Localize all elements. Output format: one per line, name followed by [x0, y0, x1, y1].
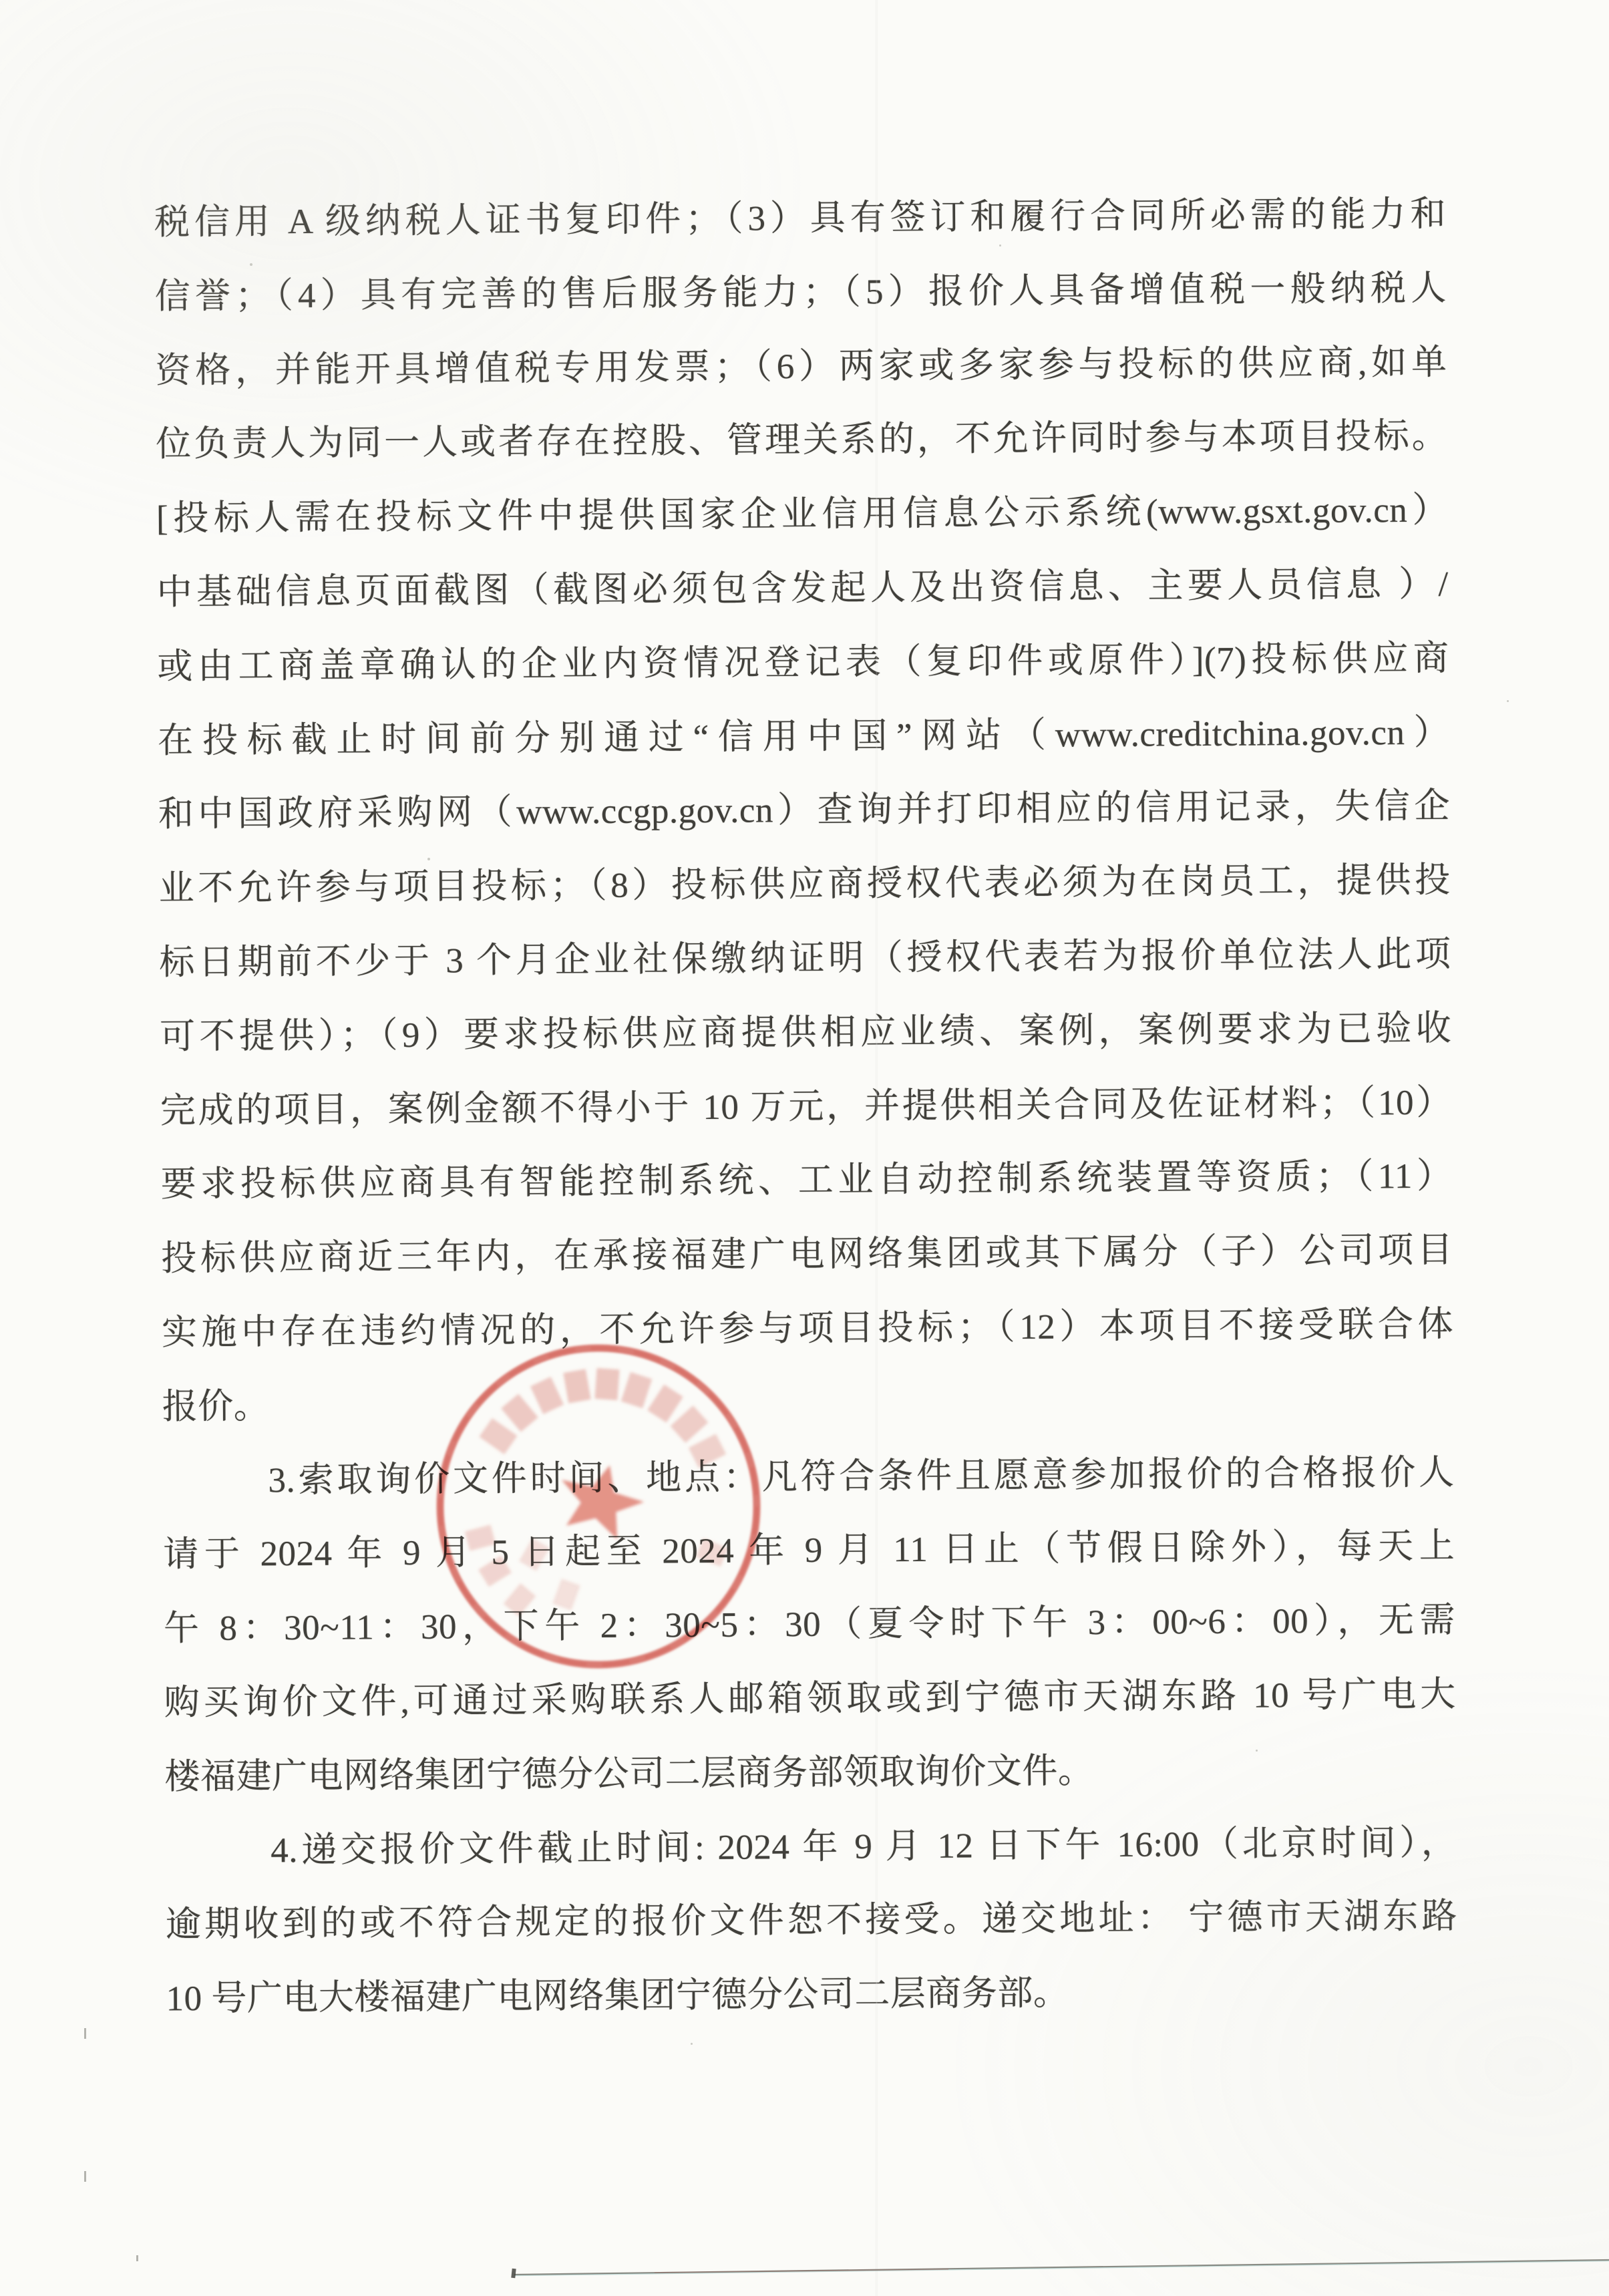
text-line: 购买询价文件,可通过采购联系人邮箱领取或到宁德市天湖东路 10 号广电大: [164, 1657, 1456, 1740]
text-line: 税信用 A 级纳税人证书复印件；（3）具有签订和履行合同所必需的能力和: [154, 178, 1447, 261]
text-line: 可不提供）；（9）要求投标供应商提供相应业绩、案例，案例要求为已验收: [160, 991, 1452, 1074]
text-line: 午 8：30~11：30，下午 2：30~5：30（夏令时下午 3：00~6：0…: [164, 1584, 1456, 1667]
scanned-document-page: 税信用 A 级纳税人证书复印件；（3）具有签订和履行合同所必需的能力和 信誉；（…: [0, 0, 1609, 2296]
scan-edge-mark: [84, 2171, 86, 2182]
text-line: 资格，并能开具增值税专用发票；（6）两家或多家参与投标的供应商,如单: [155, 325, 1447, 408]
text-line: 完成的项目，案例金额不得小于 10 万元，并提供相关合同及佐证材料；（10）: [160, 1065, 1452, 1148]
text-line-paragraph-start: 4.递交报价文件截止时间: 2024 年 9 月 12 日下午 16:00（北京…: [165, 1806, 1457, 1889]
text-line: 实施中存在违约情况的，不允许参与项目投标；（12）本项目不接受联合体: [162, 1288, 1454, 1371]
text-line: 和中国政府采购网（www.ccgp.gov.cn）查询并打印相应的信用记录，失信…: [158, 770, 1451, 852]
text-line-paragraph-end: 10 号广电大楼福建广电网络集团宁德分公司二层商务部。: [166, 1954, 1458, 2037]
text-line: 信誉；（4）具有完善的售后服务能力；（5）报价人具备增值税一般纳税人: [154, 251, 1447, 334]
text-line-paragraph-end: 楼福建广电网络集团宁德分公司二层商务部领取询价文件。: [164, 1732, 1457, 1814]
text-line: 逾期收到的或不符合规定的报价文件恕不接受。递交地址： 宁德市天湖东路: [166, 1880, 1458, 1963]
text-line: 标日期前不少于 3 个月企业社保缴纳证明（授权代表若为报价单位法人此项: [159, 918, 1451, 1001]
text-line: 或由工商盖章确认的企业内资情况登记表（复印件或原件）](7)投标供应商: [157, 621, 1449, 704]
scan-edge-mark: [84, 2028, 86, 2039]
paper-bottom-edge: [0, 2243, 1609, 2296]
text-line: 业不允许参与项目投标；（8）投标供应商授权代表必须为在岗员工，提供投: [158, 844, 1451, 927]
document-body: 税信用 A 级纳税人证书复印件；（3）具有签订和履行合同所必需的能力和 信誉；（…: [154, 178, 1458, 2037]
text-line: 位负责人为同一人或者存在控股、管理关系的，不允许同时参与本项目投标。: [156, 399, 1448, 482]
text-line: 要求投标供应商具有智能控制系统、工业自动控制系统装置等资质；（11）: [160, 1140, 1453, 1222]
text-line-paragraph-start: 3.索取询价文件时间、地点：凡符合条件且愿意参加报价的合格报价人: [162, 1436, 1455, 1518]
scan-speck: [691, 2043, 693, 2045]
scan-speck: [1507, 700, 1509, 702]
text-line: 投标供应商近三年内，在承接福建广电网络集团或其下属分（子）公司项目: [161, 1214, 1453, 1297]
text-line: [投标人需在投标文件中提供国家企业信用信息公示系统(www.gsxt.gov.c…: [156, 474, 1449, 556]
scan-edge-mark: [136, 2255, 138, 2261]
text-line: 中基础信息页面截图（截图必须包含发起人及出资信息、主要人员信息 ）/: [156, 548, 1449, 631]
text-line: 在投标截止时间前分别通过“信用中国”网站（www.creditchina.gov…: [158, 695, 1450, 778]
text-line-paragraph-end: 报价。: [162, 1361, 1454, 1444]
text-line: 请于 2024 年 9 月 5 日起至 2024 年 9 月 11 日止（节假日…: [163, 1510, 1455, 1593]
